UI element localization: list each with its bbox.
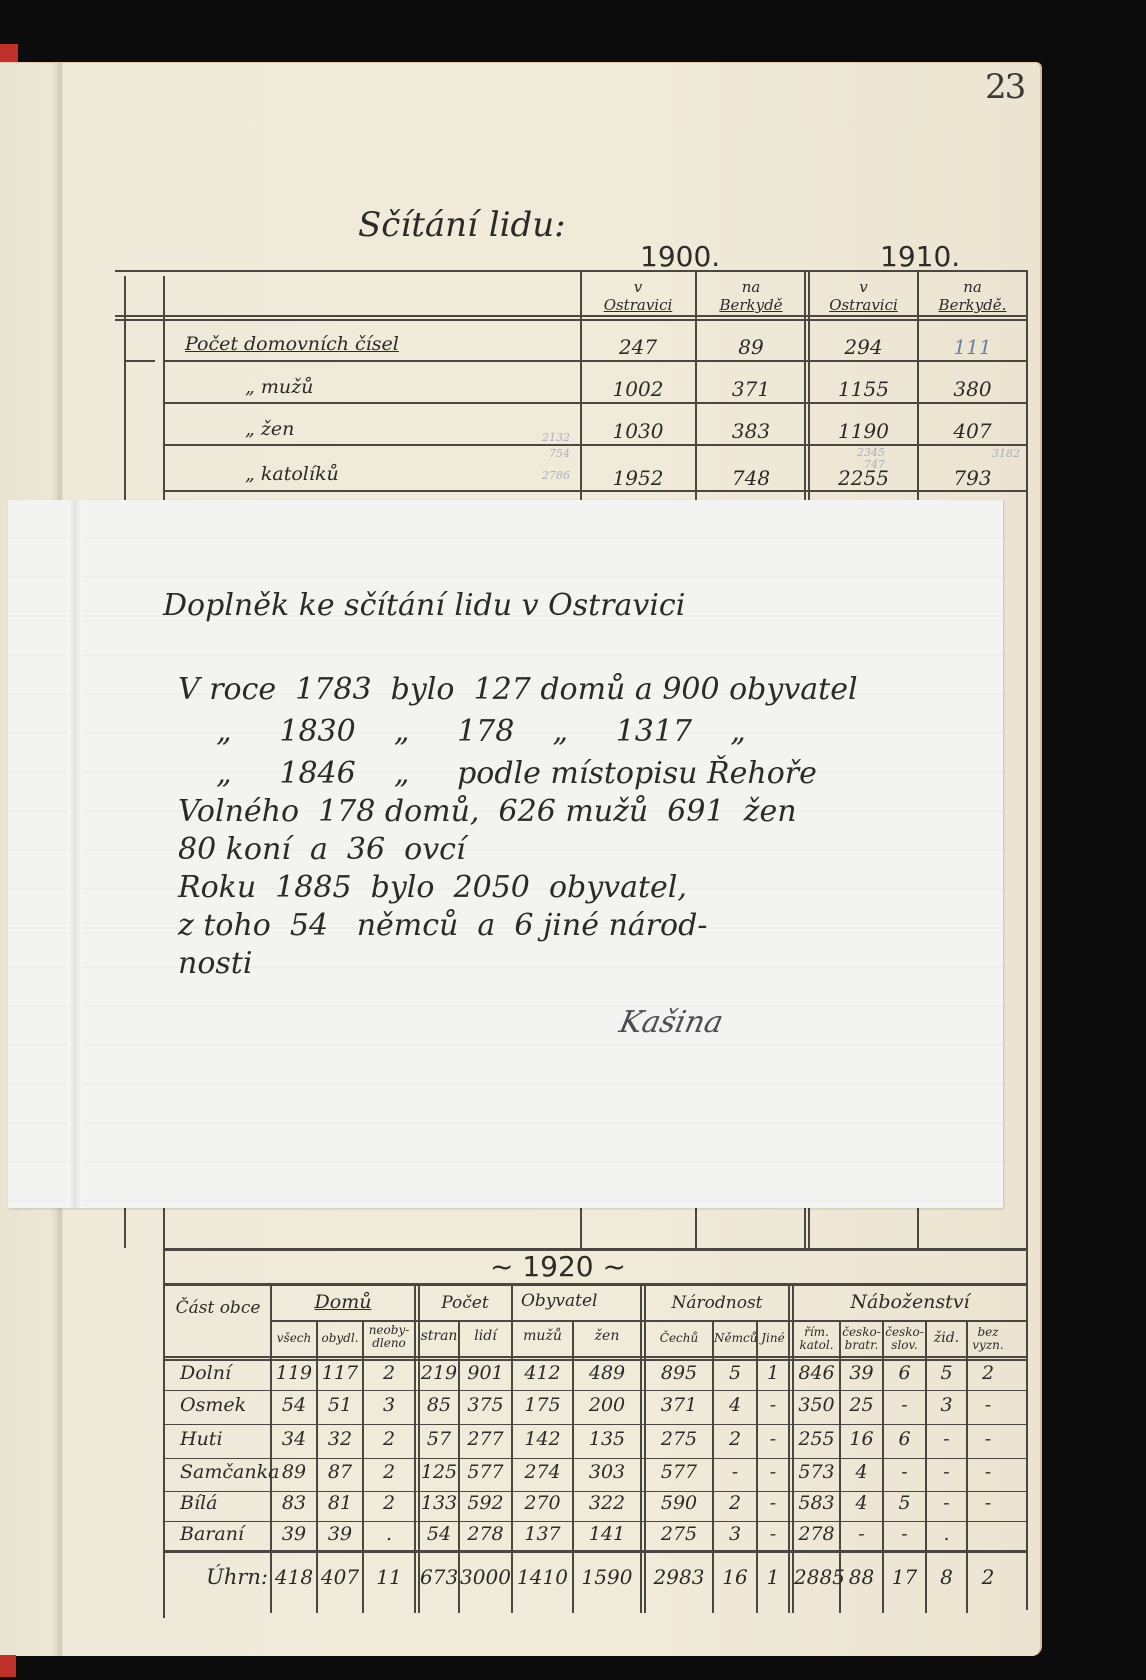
table-cell: 141	[574, 1523, 640, 1545]
table-cell: 89	[272, 1461, 316, 1483]
total-cell: 3000	[460, 1565, 511, 1589]
col-header-1910-berkyde: naBerkydě.	[919, 278, 1026, 314]
table-cell: 277	[460, 1428, 511, 1450]
table-cell: 489	[574, 1362, 640, 1384]
table-cell: 34	[272, 1428, 316, 1450]
village-part-name: Osmek	[168, 1394, 280, 1416]
table-cell: 54	[420, 1523, 458, 1545]
cell: 294	[810, 335, 917, 359]
table-cell: 119	[272, 1362, 316, 1384]
total-label: Úhrn:	[168, 1565, 274, 1589]
total-cell: 8	[927, 1565, 966, 1589]
table-cell: 412	[513, 1362, 572, 1384]
table-cell: 32	[318, 1428, 362, 1450]
note-fold	[68, 500, 82, 1208]
col-header-1910-ostravice: vOstravici	[810, 278, 917, 314]
pencil-note: 2786	[520, 470, 570, 482]
subheader: žid.	[927, 1332, 966, 1345]
note-line: Roku 1885 bylo 2050 obyvatel,	[178, 870, 687, 905]
total-cell: 11	[364, 1565, 414, 1589]
table-cell: 577	[460, 1461, 511, 1483]
cell: 383	[697, 419, 805, 443]
village-part-name: Baraní	[168, 1523, 280, 1545]
note-line: nosti	[178, 946, 252, 981]
header-religion: Náboženství	[794, 1291, 1026, 1313]
header-part-of-village: Část obce	[168, 1298, 268, 1318]
subheader: Čechů	[646, 1332, 712, 1345]
subheader: stran	[420, 1330, 458, 1343]
table-cell: 39	[318, 1523, 362, 1545]
cell: 247	[582, 335, 694, 359]
total-cell: 16	[714, 1565, 756, 1589]
table-cell: 54	[272, 1394, 316, 1416]
note-title: Doplněk ke sčítání lidu v Ostravici	[163, 588, 685, 623]
table-cell: 350	[794, 1394, 839, 1416]
total-cell: 1590	[574, 1565, 640, 1589]
note-line: „ 1846 „ podle místopisu Řehoře	[178, 756, 817, 791]
cell: 1030	[582, 419, 694, 443]
note-line: z toho 54 němců a 6 jiné národ-	[178, 908, 707, 943]
village-part-name: Bílá	[168, 1492, 280, 1514]
table-cell: 270	[513, 1492, 572, 1514]
total-cell: 1410	[513, 1565, 572, 1589]
table-cell: 255	[794, 1428, 839, 1450]
cell: 748	[697, 466, 805, 490]
subheader: neoby-dleno	[364, 1324, 414, 1350]
header-nationality: Národnost	[646, 1293, 788, 1313]
total-cell: 88	[841, 1565, 882, 1589]
total-cell: 2885	[794, 1565, 839, 1589]
table-cell: 322	[574, 1492, 640, 1514]
page-number: 23	[985, 67, 1024, 107]
table-cell: 573	[794, 1461, 839, 1483]
table-cell: 2	[364, 1492, 414, 1514]
year-1900: 1900.	[640, 240, 720, 273]
table-cell: 2	[714, 1492, 756, 1514]
village-part-name: Dolní	[168, 1362, 280, 1384]
cell: 380	[919, 377, 1026, 401]
header-houses: Domů	[272, 1291, 414, 1313]
cell: 1190	[810, 419, 917, 443]
table-cell: -	[968, 1428, 1008, 1450]
table-cell: 3	[364, 1394, 414, 1416]
table-cell: -	[927, 1428, 966, 1450]
note-line: 80 koní a 36 ovcí	[178, 832, 466, 867]
table-cell: 303	[574, 1461, 640, 1483]
table-cell: 2	[364, 1428, 414, 1450]
subheader: mužů	[513, 1330, 572, 1343]
pasted-supplement-note: Doplněk ke sčítání lidu v Ostravici V ro…	[8, 500, 1003, 1208]
subheader: řím. katol.	[794, 1326, 839, 1352]
table-cell: .	[364, 1523, 414, 1545]
table-cell: 895	[646, 1362, 712, 1384]
table-cell: 577	[646, 1461, 712, 1483]
census-title: Sčítání lidu:	[358, 205, 566, 245]
pencil-note: 3182	[970, 448, 1020, 460]
cell: 793	[919, 466, 1026, 490]
table-cell: -	[841, 1523, 882, 1545]
table-cell: 5	[927, 1362, 966, 1384]
table-cell: 57	[420, 1428, 458, 1450]
table-cell: 133	[420, 1492, 458, 1514]
table-cell: 2	[364, 1362, 414, 1384]
table-cell: 5	[884, 1492, 925, 1514]
header-count: Počet	[420, 1293, 510, 1313]
table-cell: 3	[714, 1523, 756, 1545]
row-label-men: „ mužů	[245, 376, 313, 398]
cell: 89	[697, 335, 805, 359]
subheader: obydl.	[318, 1332, 362, 1345]
table-cell: 39	[841, 1362, 882, 1384]
table-cell: 6	[884, 1428, 925, 1450]
table-cell: 142	[513, 1428, 572, 1450]
table-cell: 39	[272, 1523, 316, 1545]
col-header-1900-berkyde: naBerkydě	[697, 278, 805, 314]
table-cell: 375	[460, 1394, 511, 1416]
total-cell: 1	[758, 1565, 788, 1589]
table-cell: 371	[646, 1394, 712, 1416]
subheader: bez vyzn.	[968, 1326, 1008, 1352]
book-cover-corner	[0, 44, 18, 62]
table-cell: -	[758, 1523, 788, 1545]
table-cell: 275	[646, 1428, 712, 1450]
subheader: žen	[574, 1330, 640, 1343]
table-cell: 275	[646, 1523, 712, 1545]
subheader: všech	[272, 1332, 316, 1345]
total-cell: 2983	[646, 1565, 712, 1589]
subheader: Jiné	[758, 1332, 788, 1345]
pencil-note: 747	[835, 459, 885, 471]
table-cell: 846	[794, 1362, 839, 1384]
table-cell: -	[758, 1394, 788, 1416]
subheader: Němců	[714, 1332, 756, 1345]
table-cell: 200	[574, 1394, 640, 1416]
header-inhabitants: Obyvatel	[513, 1291, 648, 1311]
table-cell: 5	[714, 1362, 756, 1384]
year-1910: 1910.	[880, 240, 960, 273]
village-part-name: Huti	[168, 1428, 280, 1450]
table-cell: -	[968, 1461, 1008, 1483]
table-cell: -	[884, 1394, 925, 1416]
total-cell: 2	[968, 1565, 1008, 1589]
table-cell: -	[884, 1523, 925, 1545]
table-cell: 592	[460, 1492, 511, 1514]
table-cell: 6	[884, 1362, 925, 1384]
total-cell: 407	[318, 1565, 362, 1589]
table-cell: 901	[460, 1362, 511, 1384]
table-cell: 278	[460, 1523, 511, 1545]
table-cell: 590	[646, 1492, 712, 1514]
table-cell: 85	[420, 1394, 458, 1416]
table-cell: -	[927, 1492, 966, 1514]
village-part-name: Samčanka	[168, 1461, 280, 1483]
table-cell: -	[758, 1461, 788, 1483]
subheader: česko-slov.	[884, 1326, 925, 1352]
cell: 1002	[582, 377, 694, 401]
table-cell: 135	[574, 1428, 640, 1450]
table-cell: -	[884, 1461, 925, 1483]
cell: 407	[919, 419, 1026, 443]
table-cell: -	[968, 1394, 1008, 1416]
pencil-note: 2132	[520, 432, 570, 444]
note-line: Volného 178 domů, 626 mužů 691 žen	[178, 794, 797, 829]
cell: 371	[697, 377, 805, 401]
note-line: V roce 1783 bylo 127 domů a 900 obyvatel	[178, 672, 858, 707]
table-cell: 2	[968, 1362, 1008, 1384]
table-cell: -	[758, 1428, 788, 1450]
row-label-houses: Počet domovních čísel	[185, 333, 399, 355]
table-cell: 2	[714, 1428, 756, 1450]
table-cell: 81	[318, 1492, 362, 1514]
total-cell: 17	[884, 1565, 925, 1589]
book-cover-corner-bottom	[0, 1655, 16, 1677]
table-cell: 219	[420, 1362, 458, 1384]
table-cell: 51	[318, 1394, 362, 1416]
subheader: česko-bratr.	[841, 1326, 882, 1352]
table-cell: 25	[841, 1394, 882, 1416]
table-cell: 3	[927, 1394, 966, 1416]
year-1920: ~ 1920 ~	[490, 1250, 626, 1283]
table-cell: 4	[841, 1492, 882, 1514]
row-label-catholics: „ katolíků	[245, 463, 339, 485]
table-cell: 4	[841, 1461, 882, 1483]
table-cell: 117	[318, 1362, 362, 1384]
total-cell: 418	[272, 1565, 316, 1589]
table-cell: 87	[318, 1461, 362, 1483]
table-cell: 278	[794, 1523, 839, 1545]
table-cell: -	[758, 1492, 788, 1514]
table-cell: -	[968, 1492, 1008, 1514]
table-cell: -	[714, 1461, 756, 1483]
row-label-women: „ žen	[245, 418, 294, 440]
table-cell: 583	[794, 1492, 839, 1514]
subheader: lidí	[460, 1330, 511, 1343]
table-cell: 137	[513, 1523, 572, 1545]
col-header-1900-ostravice: vOstravici	[582, 278, 694, 314]
pencil-note: 754	[520, 448, 570, 460]
table-cell: 175	[513, 1394, 572, 1416]
table-cell: 2	[364, 1461, 414, 1483]
note-line: „ 1830 „ 178 „ 1317 „	[178, 714, 746, 749]
cell: 111	[919, 335, 1026, 359]
table-cell: .	[927, 1523, 966, 1545]
table-cell: 16	[841, 1428, 882, 1450]
table-cell: 274	[513, 1461, 572, 1483]
cell: 1155	[810, 377, 917, 401]
table-cell: 83	[272, 1492, 316, 1514]
cell: 1952	[582, 466, 694, 490]
table-cell: 1	[758, 1362, 788, 1384]
total-cell: 673	[420, 1565, 458, 1589]
signature: Kašina	[616, 1005, 726, 1040]
table-cell: 125	[420, 1461, 458, 1483]
table-cell: 4	[714, 1394, 756, 1416]
table-cell: -	[927, 1461, 966, 1483]
